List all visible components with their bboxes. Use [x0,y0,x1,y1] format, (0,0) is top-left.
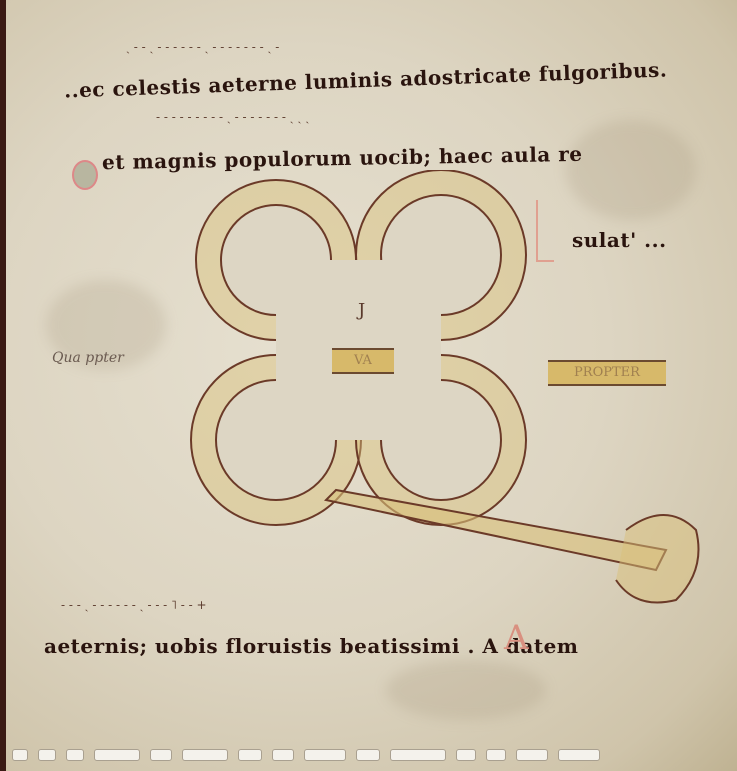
text-line-4: aeternis; uobis floruistis beatissimi . … [44,634,578,658]
quatrefoil-key-illumination [186,170,726,640]
red-initial-mark [72,160,98,190]
neume-row: ‐ ‐ ‐ ‐ ‐ ‐ ‐ ‐ ‐ ˏ ‐ ‐ ‐ ‐ ‐ ‐ ‐ ˏ ˏ ˏ [156,110,309,125]
text-line-1: ..ec celestis aeterne luminis adostricat… [64,57,668,102]
stain [386,660,546,720]
panel-label-va: VA [332,348,394,374]
red-initial-a: A [504,618,529,658]
manuscript-page: ˎ ‐ ‐ ˏ ‐ ‐ ‐ ‐ ‐ ‐ ˏ ‐ ‐ ‐ ‐ ‐ ‐ ‐ ˏ ‐ … [6,0,737,771]
panel-label-propter: PROPTER [548,360,666,386]
small-mark: J [358,300,365,321]
neume-row: ˎ ‐ ‐ ˏ ‐ ‐ ‐ ‐ ‐ ‐ ˏ ‐ ‐ ‐ ‐ ‐ ‐ ‐ ˏ ‐ [126,40,279,55]
marginal-gloss: Qua ppter [52,350,124,366]
binding-stitches [6,745,737,765]
neume-row: ‐ ‐ ‐ ˏ ‐ ‐ ‐ ‐ ‐ ‐ ˏ ‐ ‐ ‐ ˥ ‐ ‐ + [61,598,207,613]
